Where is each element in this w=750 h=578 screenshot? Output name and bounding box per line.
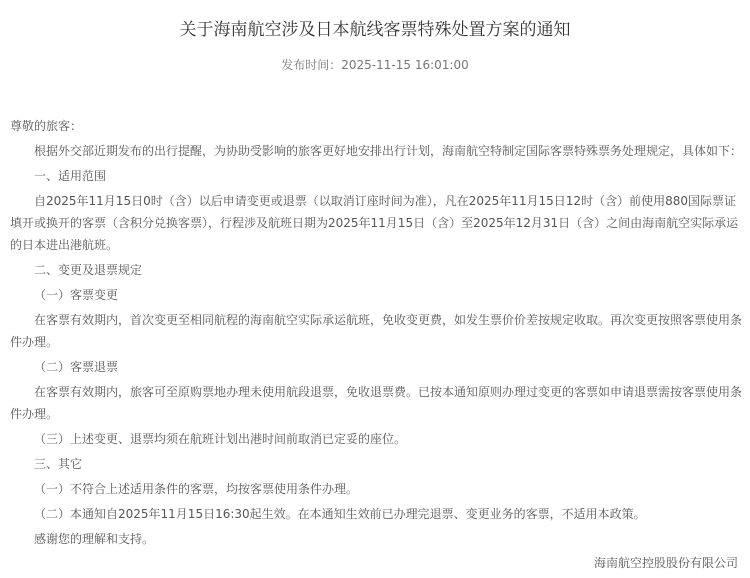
subheading-ticket-change: （一）客票变更 [10, 284, 745, 306]
subheading-ticket-refund: （二）客票退票 [10, 356, 745, 378]
publish-time: 发布时间：2025-11-15 16:01:00 [0, 56, 750, 74]
company-signature: 海南航空控股股份有限公司 [594, 553, 738, 573]
section-heading-other: 三、其它 [10, 453, 745, 475]
ticket-refund-paragraph: 在客票有效期内，旅客可至原购票地办理未使用航段退票，免收退票费。已按本通知原则办… [10, 381, 745, 425]
section-heading-scope: 一、适用范围 [10, 165, 745, 187]
intro-paragraph: 根据外交部近期发布的出行提醒，为协助受影响的旅客更好地安排出行计划，海南航空特制… [10, 140, 745, 162]
section-heading-change-refund: 二、变更及退票规定 [10, 259, 745, 281]
ticket-change-paragraph: 在客票有效期内，首次变更至相同航程的海南航空实际承运航班，免收变更费，如发生票价… [10, 309, 745, 353]
page-title: 关于海南航空涉及日本航线客票特殊处置方案的通知 [0, 18, 750, 42]
notice-body: 尊敬的旅客： 根据外交部近期发布的出行提醒，为协助受影响的旅客更好地安排出行计划… [10, 115, 745, 553]
other-item-2: （二）本通知自2025年11月15日16:30起生效。在本通知生效前已办理完退票… [10, 503, 745, 525]
closing-thanks: 感谢您的理解和支持。 [10, 528, 745, 550]
cancellation-requirement: （三）上述变更、退票均须在航班计划出港时间前取消已定妥的座位。 [10, 428, 745, 450]
greeting: 尊敬的旅客： [10, 115, 745, 137]
scope-paragraph: 自2025年11月15日0时（含）以后申请变更或退票（以取消订座时间为准），凡在… [10, 190, 745, 256]
other-item-1: （一）不符合上述适用条件的客票，均按客票使用条件办理。 [10, 478, 745, 500]
